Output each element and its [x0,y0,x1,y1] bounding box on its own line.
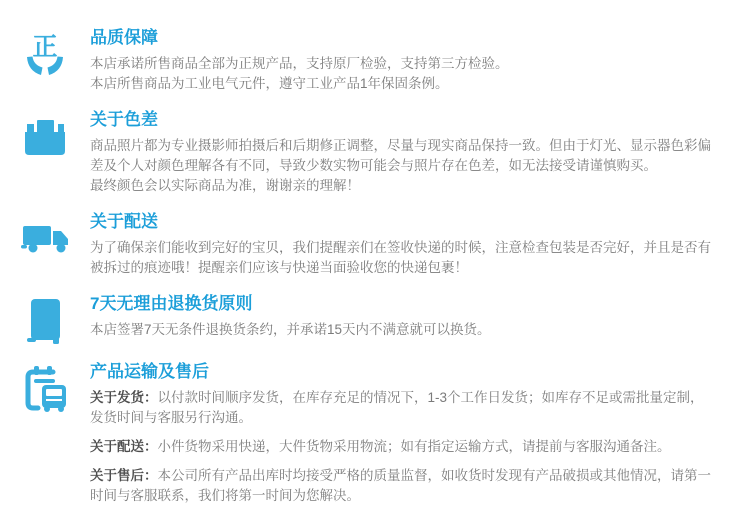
paragraph-label: 关于配送： [90,439,158,454]
section-content: 品质保障本店承诺所售商品全部为正规产品，支持原厂检验，支持第三方检验。本店所售商… [90,28,714,94]
section-icon-column [0,362,90,506]
paragraph-text: 小件货物采用快递，大件货物采用物流；如有指定运输方式，请提前与客服沟通备注。 [158,439,671,454]
section-title: 7天无理由退换货原则 [90,294,714,314]
section-delivery: 关于配送为了确保亲们能收到完好的宝贝，我们提醒亲们在签收快递的时候，注意检查包装… [0,212,722,278]
camera-icon [20,112,70,162]
paragraph-label: 关于售后： [90,468,158,483]
section-icon-column: 正 [0,28,90,94]
section-paragraph: 商品照片都为专业摄影师拍摄后和后期修正调整，尽量与现实商品保持一致。但由于灯光、… [90,136,714,176]
section-content: 关于色差商品照片都为专业摄影师拍摄后和后期修正调整，尽量与现实商品保持一致。但由… [90,110,714,196]
service-info-page: 正品质保障本店承诺所售商品全部为正规产品，支持原厂检验，支持第三方检验。本店所售… [0,0,750,515]
section-labeled-paragraph: 关于配送：小件货物采用快递，大件货物采用物流；如有指定运输方式，请提前与客服沟通… [90,437,714,457]
section-quality-guarantee: 正品质保障本店承诺所售商品全部为正规产品，支持原厂检验，支持第三方检验。本店所售… [0,28,722,94]
section-title: 关于色差 [90,110,714,130]
paragraph-label: 关于发货： [90,390,158,405]
shipping-doc-truck-icon [20,364,70,414]
hands-holding-genuine-icon: 正 [20,30,70,80]
section-color-difference: 关于色差商品照片都为专业摄影师拍摄后和后期修正调整，尽量与现实商品保持一致。但由… [0,110,722,196]
delivery-truck-icon [20,214,70,264]
section-paragraph: 本店所售商品为工业电气元件，遵守工业产品1年保固条例。 [90,74,714,94]
section-title: 品质保障 [90,28,714,48]
section-icon-column [0,294,90,346]
package-icon [20,296,70,346]
paragraph-text: 以付款时间顺序发货，在库存充足的情况下，1-3个工作日发货；如库存不足或需批量定… [90,390,704,425]
sections-list: 正品质保障本店承诺所售商品全部为正规产品，支持原厂检验，支持第三方检验。本店所售… [0,28,722,506]
section-content: 产品运输及售后关于发货：以付款时间顺序发货，在库存充足的情况下，1-3个工作日发… [90,362,714,506]
section-paragraph: 本店签署7天无条件退换货条约，并承诺15天内不满意就可以换货。 [90,320,714,340]
section-labeled-paragraph: 关于售后：本公司所有产品出库时均接受严格的质量监督，如收货时发现有产品破损或其他… [90,466,714,506]
section-icon-column [0,110,90,196]
section-title: 产品运输及售后 [90,362,714,382]
section-paragraph: 本店承诺所售商品全部为正规产品，支持原厂检验，支持第三方检验。 [90,54,714,74]
section-shipping-aftersale: 产品运输及售后关于发货：以付款时间顺序发货，在库存充足的情况下，1-3个工作日发… [0,362,722,506]
section-seven-day-return: 7天无理由退换货原则本店签署7天无条件退换货条约，并承诺15天内不满意就可以换货… [0,294,722,346]
paragraph-text: 本公司所有产品出库时均接受严格的质量监督，如收货时发现有产品破损或其他情况，请第… [90,468,711,503]
section-icon-column [0,212,90,278]
section-paragraph: 最终颜色会以实际商品为准，谢谢亲的理解！ [90,176,714,196]
section-title: 关于配送 [90,212,714,232]
section-content: 7天无理由退换货原则本店签署7天无条件退换货条约，并承诺15天内不满意就可以换货… [90,294,714,346]
section-labeled-paragraph: 关于发货：以付款时间顺序发货，在库存充足的情况下，1-3个工作日发货；如库存不足… [90,388,714,428]
svg-text:正: 正 [32,33,57,61]
section-content: 关于配送为了确保亲们能收到完好的宝贝，我们提醒亲们在签收快递的时候，注意检查包装… [90,212,714,278]
section-paragraph: 为了确保亲们能收到完好的宝贝，我们提醒亲们在签收快递的时候，注意检查包装是否完好… [90,238,714,278]
